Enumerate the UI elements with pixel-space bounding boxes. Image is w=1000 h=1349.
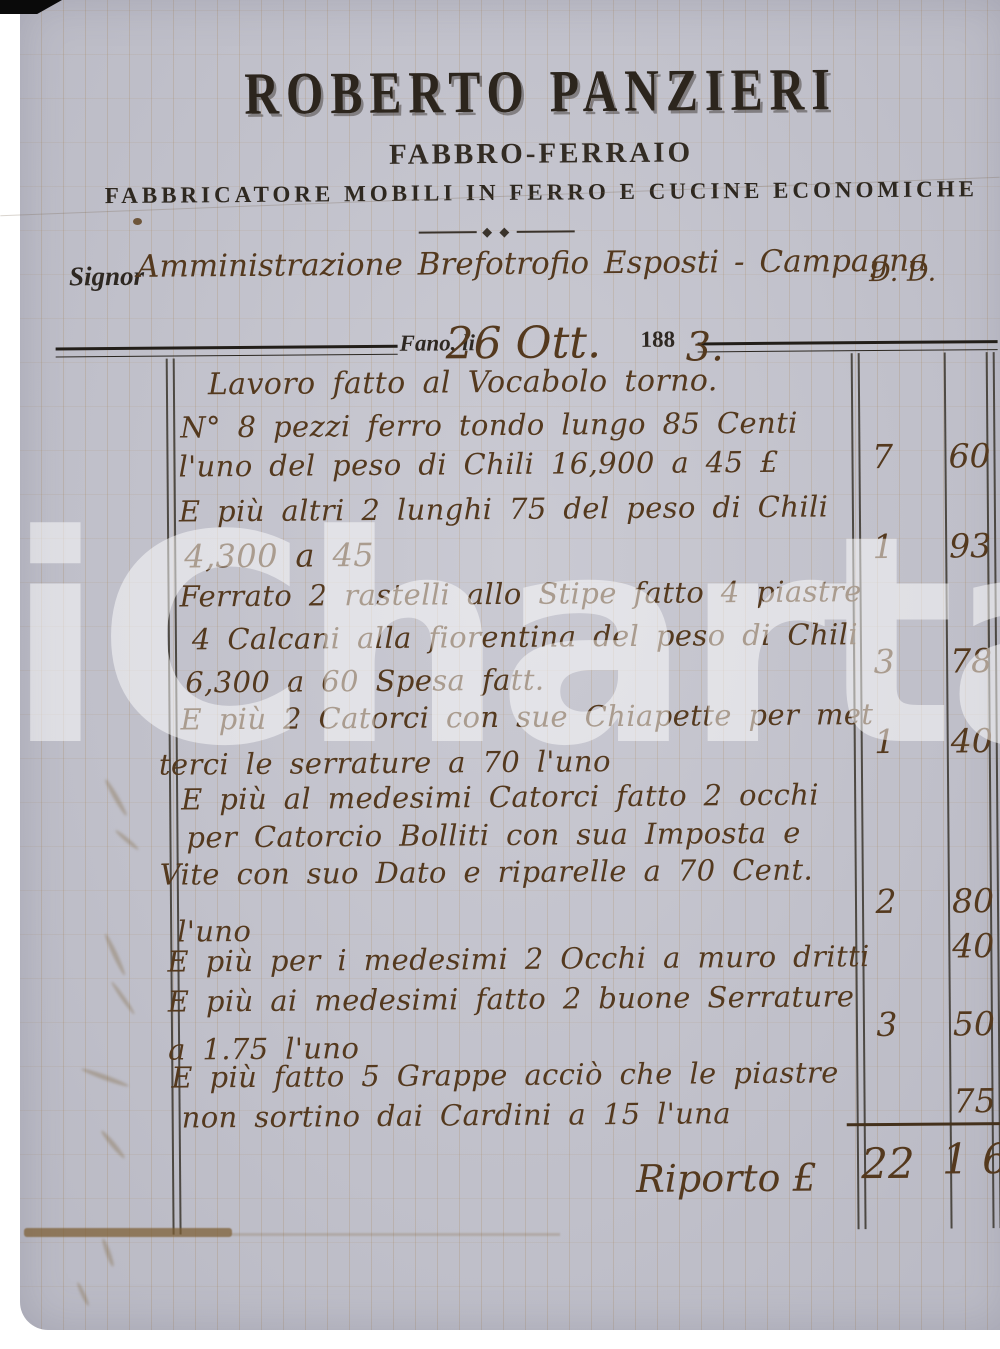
ledger-line: E più per i medesimi 2 Occhi a muro drit…: [167, 939, 870, 979]
ledger-line: 6,300 a 60 Spesa fatt.: [185, 663, 544, 700]
ledger-line: E più 2 Catorci con sue Chiapette per me…: [180, 697, 873, 736]
amount-lire: 1: [852, 527, 914, 566]
amount-cents: 78: [942, 641, 1000, 680]
amount-cents: 80: [944, 881, 1000, 920]
scanned-invoice-page: ROBERTO PANZIERI FABBRO-FERRAIO FABBRICA…: [0, 0, 1000, 1349]
total-label: Riporto £: [636, 1156, 817, 1201]
trade-line: FABBRO-FERRAIO: [26, 134, 1000, 175]
page-content: ROBERTO PANZIERI FABBRO-FERRAIO FABBRICA…: [0, 0, 1000, 1349]
ledger-line: Vite con suo Dato e riparelle a 70 Cent.: [160, 853, 814, 892]
amount-lire: 3: [853, 642, 915, 681]
ledger-line: 4,300 a 45: [184, 536, 374, 575]
amount-lire: 1: [854, 722, 916, 761]
amount-cents: 60: [940, 436, 998, 475]
amount-cents: 50: [945, 1004, 1000, 1043]
amount-cents: 75: [945, 1081, 1000, 1120]
ledger-line: Ferrato 2 rastelli allo Stipe fatto 4 pi…: [179, 574, 861, 613]
amount-cents: 40: [943, 721, 1000, 760]
ledger-line: N° 8 pezzi ferro tondo lungo 85 Centi: [180, 406, 798, 445]
dateline-year-printed: 188: [640, 327, 675, 353]
amount-lire: 7: [851, 437, 913, 476]
ornament-glyph: ◆ ◆: [482, 224, 511, 240]
ledger-line: E più ai medesimi fatto 2 buone Serratur…: [168, 979, 855, 1018]
ledger-line: E più altri 2 lunghi 75 del peso di Chil…: [179, 489, 829, 528]
ledger-line: terci le serrature a 70 l'uno: [159, 744, 611, 782]
ink-smudge-bar: [24, 1228, 232, 1237]
date-rule-left: [56, 345, 398, 358]
table-border-left-inner: [173, 359, 181, 1235]
amount-lire: 3: [856, 1005, 918, 1044]
ledger-line: per Catorcio Bolliti con sua Imposta e: [186, 816, 800, 855]
ledger-line: E più fatto 5 Grappe acciò che le piastr…: [171, 1055, 839, 1094]
total-cents: 1 6: [942, 1134, 1000, 1183]
amount-cents: 93: [941, 526, 999, 565]
ledger-line: l'uno del peso di Chili 16,900 a 45 £: [178, 445, 779, 484]
total-rule: [847, 1122, 1000, 1126]
addressee-suffix: D. D.: [869, 257, 936, 289]
ledger-line: 4 Calcani alla fiorentina del peso di Ch…: [192, 617, 858, 656]
date-rule-right: [698, 340, 998, 352]
amount-lire: 2: [855, 882, 917, 921]
total-lire: 22: [857, 1139, 919, 1188]
subtitle-line: FABBRICATORE MOBILI IN FERRO E CUCINE EC…: [26, 176, 1000, 210]
dateline-day-month: 26 Ott.: [445, 317, 601, 369]
addressee-name: Amministrazione Brefotrofio Esposti - Ca…: [137, 243, 928, 285]
ledger-line: Lavoro fatto al Vocabolo torno.: [208, 363, 718, 402]
ledger-line: non sortino dai Cardini a 15 l'una: [182, 1096, 732, 1134]
ink-smudge-tail: [230, 1233, 560, 1236]
ledger-line: E più al medesimi Catorci fatto 2 occhi: [181, 777, 819, 816]
ornament-divider-icon: ◆ ◆: [0, 220, 997, 244]
addressee-label: Signor: [69, 261, 144, 293]
table-border-amount-inner: [858, 353, 866, 1229]
ink-dot-stain: [133, 218, 142, 225]
business-name: ROBERTO PANZIERI: [25, 54, 1000, 131]
amount-cents: 40: [944, 926, 1000, 965]
